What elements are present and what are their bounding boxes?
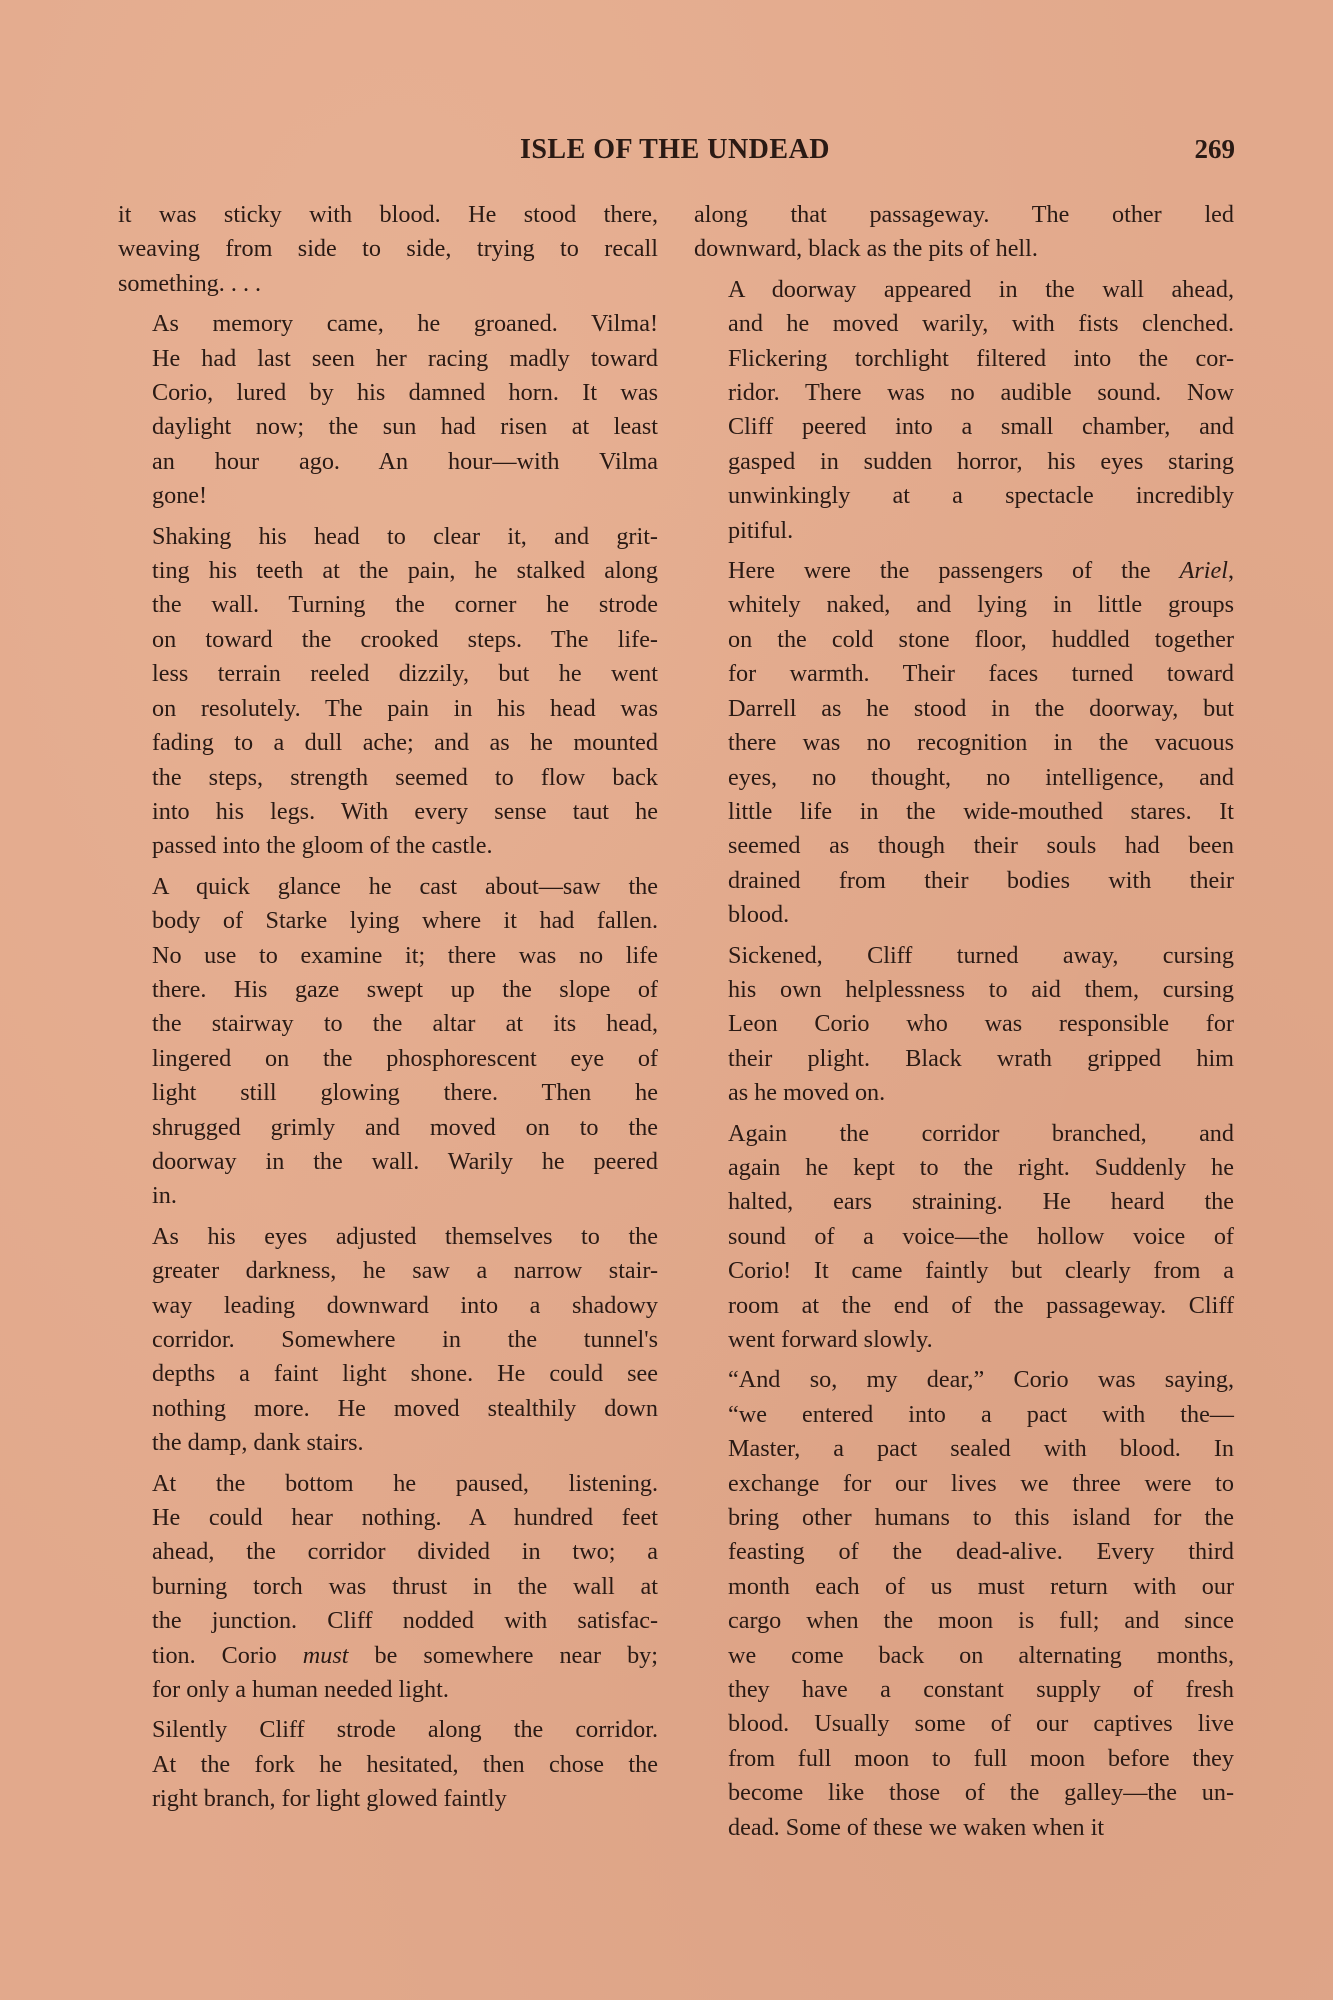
text-column-left: it was sticky with blood. He stood there…	[118, 198, 658, 1817]
text-line: shrugged grimly and moved on to the	[118, 1111, 658, 1145]
text-line: way leading downward into a shadowy	[118, 1289, 658, 1323]
text-line: weaving from side to side, trying to rec…	[118, 232, 658, 266]
paragraph: Silently Cliff strode along the corridor…	[118, 1713, 658, 1816]
text-line: blood.	[694, 898, 1234, 932]
text-line: blood. Usually some of our captives live	[694, 1707, 1234, 1741]
text-line: “And so, my dear,” Corio was saying,	[694, 1363, 1234, 1397]
text-line: Sickened, Cliff turned away, cursing	[694, 939, 1234, 973]
text-line: along that passageway. The other led	[694, 198, 1234, 232]
text-line: the wall. Turning the corner he strode	[118, 588, 658, 622]
text-line: again he kept to the right. Suddenly he	[694, 1151, 1234, 1185]
text-line: went forward slowly.	[694, 1323, 1234, 1357]
text-line: exchange for our lives we three were to	[694, 1467, 1234, 1501]
text-line: room at the end of the passageway. Cliff	[694, 1289, 1234, 1323]
running-head: ISLE OF THE UNDEAD 269	[115, 132, 1235, 172]
text-line: “we entered into a pact with the—	[694, 1398, 1234, 1432]
text-line: on toward the crooked steps. The life-	[118, 623, 658, 657]
text-line: right branch, for light glowed faintly	[118, 1782, 658, 1816]
paragraph: At the bottom he paused, listening.He co…	[118, 1467, 658, 1708]
text-line: eyes, no thought, no intelligence, and	[694, 761, 1234, 795]
text-line: his own helplessness to aid them, cursin…	[694, 973, 1234, 1007]
text-line: lingered on the phosphorescent eye of	[118, 1042, 658, 1076]
text-line: tion. Corio must be somewhere near by;	[118, 1639, 658, 1673]
text-line: for only a human needed light.	[118, 1673, 658, 1707]
text-line: month each of us must return with our	[694, 1570, 1234, 1604]
paragraph: Here were the passengers of the Ariel,wh…	[694, 554, 1234, 932]
text-line: their plight. Black wrath gripped him	[694, 1042, 1234, 1076]
text-line: Darrell as he stood in the doorway, but	[694, 692, 1234, 726]
text-line: A quick glance he cast about—saw the	[118, 870, 658, 904]
text-line: gone!	[118, 479, 658, 513]
paragraph: it was sticky with blood. He stood there…	[118, 198, 658, 301]
text-line: there. His gaze swept up the slope of	[118, 973, 658, 1007]
text-line: there was no recognition in the vacuous	[694, 726, 1234, 760]
text-line: Here were the passengers of the Ariel,	[694, 554, 1234, 588]
text-line: nothing more. He moved stealthily down	[118, 1392, 658, 1426]
text-line: He had last seen her racing madly toward	[118, 342, 658, 376]
text-line: Flickering torchlight filtered into the …	[694, 342, 1234, 376]
text-line: the junction. Cliff nodded with satisfac…	[118, 1604, 658, 1638]
text-line: corridor. Somewhere in the tunnel's	[118, 1323, 658, 1357]
paragraph: As his eyes adjusted themselves to thegr…	[118, 1220, 658, 1461]
text-line: whitely naked, and lying in little group…	[694, 588, 1234, 622]
text-column-right: along that passageway. The other leddown…	[694, 198, 1234, 1845]
text-line: seemed as though their souls had been	[694, 829, 1234, 863]
text-line: little life in the wide-mouthed stares. …	[694, 795, 1234, 829]
text-line: light still glowing there. Then he	[118, 1076, 658, 1110]
text-line: become like those of the galley—the un-	[694, 1776, 1234, 1810]
text-line: As memory came, he groaned. Vilma!	[118, 307, 658, 341]
text-line: A doorway appeared in the wall ahead,	[694, 273, 1234, 307]
text-line: the steps, strength seemed to flow back	[118, 761, 658, 795]
text-line: Again the corridor branched, and	[694, 1117, 1234, 1151]
text-line: greater darkness, he saw a narrow stair-	[118, 1254, 658, 1288]
text-line: depths a faint light shone. He could see	[118, 1357, 658, 1391]
text-line: downward, black as the pits of hell.	[694, 232, 1234, 266]
page-number: 269	[1195, 134, 1236, 165]
text-line: daylight now; the sun had risen at least	[118, 410, 658, 444]
text-line: they have a constant supply of fresh	[694, 1673, 1234, 1707]
text-line: pitiful.	[694, 514, 1234, 548]
paragraph: A quick glance he cast about—saw thebody…	[118, 870, 658, 1214]
text-line: cargo when the moon is full; and since	[694, 1604, 1234, 1638]
text-line: At the bottom he paused, listening.	[118, 1467, 658, 1501]
paragraph: Again the corridor branched, andagain he…	[694, 1117, 1234, 1358]
text-line: Master, a pact sealed with blood. In	[694, 1432, 1234, 1466]
text-line: passed into the gloom of the castle.	[118, 829, 658, 863]
text-line: doorway in the wall. Warily he peered	[118, 1145, 658, 1179]
text-line: No use to examine it; there was no life	[118, 939, 658, 973]
text-line: the stairway to the altar at its head,	[118, 1007, 658, 1041]
text-line: He could hear nothing. A hundred feet	[118, 1501, 658, 1535]
text-line: Leon Corio who was responsible for	[694, 1007, 1234, 1041]
book-page: ISLE OF THE UNDEAD 269 it was sticky wit…	[0, 0, 1333, 2000]
text-line: ridor. There was no audible sound. Now	[694, 376, 1234, 410]
paragraph: As memory came, he groaned. Vilma!He had…	[118, 307, 658, 513]
text-line: Corio, lured by his damned horn. It was	[118, 376, 658, 410]
running-title: ISLE OF THE UNDEAD	[115, 134, 1235, 166]
text-line: ting his teeth at the pain, he stalked a…	[118, 554, 658, 588]
text-line: fading to a dull ache; and as he mounted	[118, 726, 658, 760]
text-line: feasting of the dead-alive. Every third	[694, 1535, 1234, 1569]
text-line: the damp, dank stairs.	[118, 1426, 658, 1460]
text-line: on resolutely. The pain in his head was	[118, 692, 658, 726]
text-line: into his legs. With every sense taut he	[118, 795, 658, 829]
text-line: Corio! It came faintly but clearly from …	[694, 1254, 1234, 1288]
text-line: body of Starke lying where it had fallen…	[118, 904, 658, 938]
paragraph: along that passageway. The other leddown…	[694, 198, 1234, 267]
text-line: dead. Some of these we waken when it	[694, 1811, 1234, 1845]
text-line: drained from their bodies with their	[694, 864, 1234, 898]
paragraph: Shaking his head to clear it, and grit-t…	[118, 520, 658, 864]
text-line: we come back on alternating months,	[694, 1639, 1234, 1673]
text-line: As his eyes adjusted themselves to the	[118, 1220, 658, 1254]
paragraph: “And so, my dear,” Corio was saying,“we …	[694, 1363, 1234, 1845]
paragraph: A doorway appeared in the wall ahead,and…	[694, 273, 1234, 548]
text-line: sound of a voice—the hollow voice of	[694, 1220, 1234, 1254]
text-line: At the fork he hesitated, then chose the	[118, 1748, 658, 1782]
text-line: halted, ears straining. He heard the	[694, 1185, 1234, 1219]
text-line: ahead, the corridor divided in two; a	[118, 1535, 658, 1569]
text-line: from full moon to full moon before they	[694, 1742, 1234, 1776]
paragraph: Sickened, Cliff turned away, cursinghis …	[694, 939, 1234, 1111]
text-line: Shaking his head to clear it, and grit-	[118, 520, 658, 554]
text-line: for warmth. Their faces turned toward	[694, 657, 1234, 691]
text-line: Cliff peered into a small chamber, and	[694, 410, 1234, 444]
text-line: Silently Cliff strode along the corridor…	[118, 1713, 658, 1747]
text-line: it was sticky with blood. He stood there…	[118, 198, 658, 232]
text-line: in.	[118, 1179, 658, 1213]
text-line: unwinkingly at a spectacle incredibly	[694, 479, 1234, 513]
text-line: something. . . .	[118, 267, 658, 301]
text-line: less terrain reeled dizzily, but he went	[118, 657, 658, 691]
text-line: as he moved on.	[694, 1076, 1234, 1110]
text-line: an hour ago. An hour—with Vilma	[118, 445, 658, 479]
text-line: and he moved warily, with fists clenched…	[694, 307, 1234, 341]
text-line: gasped in sudden horror, his eyes starin…	[694, 445, 1234, 479]
text-line: on the cold stone floor, huddled togethe…	[694, 623, 1234, 657]
text-line: bring other humans to this island for th…	[694, 1501, 1234, 1535]
text-line: burning torch was thrust in the wall at	[118, 1570, 658, 1604]
